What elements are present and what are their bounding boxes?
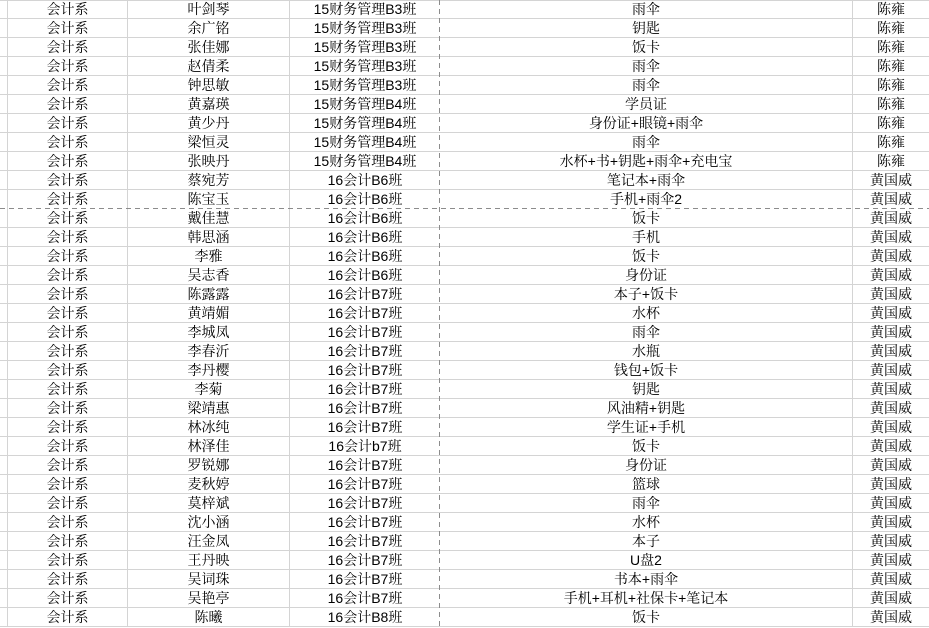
cell-class[interactable]: 16会计B7班	[290, 304, 440, 323]
cell-student-name[interactable]: 林冰纯	[128, 418, 290, 437]
cell-handler[interactable]: 黄国威	[853, 456, 929, 475]
cell-department[interactable]: 会计系	[8, 247, 128, 266]
cell-handler[interactable]: 黄国威	[853, 171, 929, 190]
table-row: 会计系 梁恒灵 15财务管理B4班 雨伞 陈雍	[0, 133, 929, 152]
cell-student-name[interactable]: 李城凤	[128, 323, 290, 342]
cell-department[interactable]: 会计系	[8, 304, 128, 323]
cell-student-name[interactable]: 叶剑琴	[128, 0, 290, 19]
cell-edge[interactable]	[0, 19, 8, 38]
cell-department[interactable]: 会计系	[8, 342, 128, 361]
cell-student-name[interactable]: 韩思涵	[128, 228, 290, 247]
cell-handler[interactable]: 黄国威	[853, 304, 929, 323]
cell-handler[interactable]: 黄国威	[853, 247, 929, 266]
cell-department[interactable]: 会计系	[8, 0, 128, 19]
cell-handler[interactable]: 陈雍	[853, 19, 929, 38]
cell-department[interactable]: 会计系	[8, 380, 128, 399]
cell-student-name[interactable]: 蔡宛芳	[128, 171, 290, 190]
cell-department[interactable]: 会计系	[8, 456, 128, 475]
cell-class[interactable]: 15财务管理B3班	[290, 38, 440, 57]
cell-department[interactable]: 会计系	[8, 513, 128, 532]
cell-items[interactable]: 雨伞	[440, 0, 853, 19]
cell-student-name[interactable]: 张映丹	[128, 152, 290, 171]
cell-edge[interactable]	[0, 551, 8, 570]
cell-edge[interactable]	[0, 171, 8, 190]
cell-department[interactable]: 会计系	[8, 437, 128, 456]
cell-handler[interactable]: 陈雍	[853, 95, 929, 114]
cell-class[interactable]: 16会计B6班	[290, 171, 440, 190]
table-row: 会计系 梁靖惠 16会计B7班 风油精+钥匙 黄国威	[0, 399, 929, 418]
cell-class[interactable]: 16会计B6班	[290, 190, 440, 209]
cell-edge[interactable]	[0, 570, 8, 589]
cell-department[interactable]: 会计系	[8, 114, 128, 133]
cell-student-name[interactable]: 沈小涵	[128, 513, 290, 532]
cell-items[interactable]: 雨伞	[440, 57, 853, 76]
cell-department[interactable]: 会计系	[8, 399, 128, 418]
table-row: 会计系 吴志香 16会计B6班 身份证 黄国威	[0, 266, 929, 285]
cell-handler[interactable]: 黄国威	[853, 494, 929, 513]
cell-student-name[interactable]: 王丹映	[128, 551, 290, 570]
cell-edge[interactable]	[0, 304, 8, 323]
cell-edge[interactable]	[0, 114, 8, 133]
cell-class[interactable]: 15财务管理B3班	[290, 76, 440, 95]
cell-class[interactable]: 16会计B7班	[290, 570, 440, 589]
cell-items[interactable]: 水杯+书+钥匙+雨伞+充电宝	[440, 152, 853, 171]
cell-class[interactable]: 16会计B7班	[290, 494, 440, 513]
cell-handler[interactable]: 陈雍	[853, 76, 929, 95]
table-row: 会计系 黄嘉瑛 15财务管理B4班 学员证 陈雍	[0, 95, 929, 114]
cell-student-name[interactable]: 陈宝玉	[128, 190, 290, 209]
cell-class[interactable]: 16会计B7班	[290, 399, 440, 418]
cell-items[interactable]: 篮球	[440, 475, 853, 494]
cell-edge[interactable]	[0, 152, 8, 171]
cell-student-name[interactable]: 麦秋婷	[128, 475, 290, 494]
cell-edge[interactable]	[0, 209, 8, 228]
cell-items[interactable]: 学生证+手机	[440, 418, 853, 437]
cell-class[interactable]: 16会计B7班	[290, 285, 440, 304]
table-row: 会计系 罗锐娜 16会计B7班 身份证 黄国威	[0, 456, 929, 475]
table-row: 会计系 李丹樱 16会计B7班 钱包+饭卡 黄国威	[0, 361, 929, 380]
cell-class[interactable]: 16会计B6班	[290, 247, 440, 266]
cell-department[interactable]: 会计系	[8, 266, 128, 285]
cell-class[interactable]: 16会计B7班	[290, 475, 440, 494]
cell-department[interactable]: 会计系	[8, 285, 128, 304]
cell-class[interactable]: 16会计B7班	[290, 380, 440, 399]
cell-items[interactable]: 钱包+饭卡	[440, 361, 853, 380]
cell-handler[interactable]: 黄国威	[853, 437, 929, 456]
cell-handler[interactable]: 黄国威	[853, 285, 929, 304]
table-row: 会计系 麦秋婷 16会计B7班 篮球 黄国威	[0, 475, 929, 494]
cell-handler[interactable]: 黄国威	[853, 380, 929, 399]
cell-department[interactable]: 会计系	[8, 475, 128, 494]
cell-edge[interactable]	[0, 418, 8, 437]
cell-items[interactable]: 雨伞	[440, 323, 853, 342]
cell-class[interactable]: 15财务管理B4班	[290, 152, 440, 171]
cell-handler[interactable]: 黄国威	[853, 323, 929, 342]
cell-items[interactable]: 雨伞	[440, 133, 853, 152]
cell-handler[interactable]: 陈雍	[853, 57, 929, 76]
cell-student-name[interactable]: 赵倩柔	[128, 57, 290, 76]
cell-edge[interactable]	[0, 399, 8, 418]
cell-handler[interactable]: 陈雍	[853, 38, 929, 57]
table-row: 会计系 陈宝玉 16会计B6班 手机+雨伞2 黄国威	[0, 190, 929, 209]
cell-items[interactable]: 水杯	[440, 513, 853, 532]
cell-edge[interactable]	[0, 513, 8, 532]
cell-edge[interactable]	[0, 285, 8, 304]
table-row: 会计系 李菊 16会计B7班 钥匙 黄国威	[0, 380, 929, 399]
table-row: 会计系 李春沂 16会计B7班 水瓶 黄国威	[0, 342, 929, 361]
cell-edge[interactable]	[0, 95, 8, 114]
cell-handler[interactable]: 黄国威	[853, 532, 929, 551]
cell-handler[interactable]: 黄国威	[853, 513, 929, 532]
table-row: 会计系 余广铭 15财务管理B3班 钥匙 陈雍	[0, 19, 929, 38]
cell-department[interactable]: 会计系	[8, 589, 128, 608]
cell-class[interactable]: 16会计B6班	[290, 266, 440, 285]
table-row: 会计系 陈露露 16会计B7班 本子+饭卡 黄国威	[0, 285, 929, 304]
cell-department[interactable]: 会计系	[8, 608, 128, 627]
cell-items[interactable]: 风油精+钥匙	[440, 399, 853, 418]
cell-items[interactable]: 饭卡	[440, 209, 853, 228]
cell-edge[interactable]	[0, 38, 8, 57]
grid-top-border	[0, 0, 929, 1]
table-row: 会计系 蔡宛芳 16会计B6班 笔记本+雨伞 黄国威	[0, 171, 929, 190]
cell-handler[interactable]: 陈雍	[853, 152, 929, 171]
cell-department[interactable]: 会计系	[8, 190, 128, 209]
table-row: 会计系 吴词珠 16会计B7班 书本+雨伞 黄国威	[0, 570, 929, 589]
cell-items[interactable]: 水杯	[440, 304, 853, 323]
cell-edge[interactable]	[0, 76, 8, 95]
table-row: 会计系 李城凤 16会计B7班 雨伞 黄国威	[0, 323, 929, 342]
cell-class[interactable]: 16会计B7班	[290, 418, 440, 437]
cell-student-name[interactable]: 梁恒灵	[128, 133, 290, 152]
cell-edge[interactable]	[0, 456, 8, 475]
cell-edge[interactable]	[0, 608, 8, 627]
cell-student-name[interactable]: 黄少丹	[128, 114, 290, 133]
cell-student-name[interactable]: 余广铭	[128, 19, 290, 38]
cell-student-name[interactable]: 梁靖惠	[128, 399, 290, 418]
cell-department[interactable]: 会计系	[8, 570, 128, 589]
cell-handler[interactable]: 陈雍	[853, 133, 929, 152]
cell-handler[interactable]: 黄国威	[853, 190, 929, 209]
spreadsheet-grid: 会计系 叶剑琴 15财务管理B3班 雨伞 陈雍 会计系 余广铭 15财务管理B3…	[0, 0, 929, 628]
cell-student-name[interactable]: 陈露露	[128, 285, 290, 304]
cell-department[interactable]: 会计系	[8, 228, 128, 247]
cell-items[interactable]: 钥匙	[440, 380, 853, 399]
table-row: 会计系 王丹映 16会计B7班 U盘2 黄国威	[0, 551, 929, 570]
cell-department[interactable]: 会计系	[8, 551, 128, 570]
cell-department[interactable]: 会计系	[8, 418, 128, 437]
cell-department[interactable]: 会计系	[8, 95, 128, 114]
cell-student-name[interactable]: 汪金凤	[128, 532, 290, 551]
table-row: 会计系 韩思涵 16会计B6班 手机 黄国威	[0, 228, 929, 247]
cell-class[interactable]: 16会计B7班	[290, 323, 440, 342]
cell-edge[interactable]	[0, 475, 8, 494]
cell-class[interactable]: 15财务管理B4班	[290, 133, 440, 152]
cell-items[interactable]: 书本+雨伞	[440, 570, 853, 589]
page-break-horizontal-line	[0, 208, 929, 209]
page-break-vertical-line	[439, 0, 440, 628]
cell-handler[interactable]: 黄国威	[853, 266, 929, 285]
cell-items[interactable]: 学员证	[440, 95, 853, 114]
cell-items[interactable]: 本子	[440, 532, 853, 551]
cell-edge[interactable]	[0, 532, 8, 551]
cell-edge[interactable]	[0, 494, 8, 513]
cell-edge[interactable]	[0, 190, 8, 209]
cell-student-name[interactable]: 钟思敏	[128, 76, 290, 95]
cell-student-name[interactable]: 莫梓斌	[128, 494, 290, 513]
cell-department[interactable]: 会计系	[8, 57, 128, 76]
cell-class[interactable]: 16会计b7班	[290, 437, 440, 456]
cell-handler[interactable]: 黄国威	[853, 475, 929, 494]
cell-items[interactable]: 手机	[440, 228, 853, 247]
cell-handler[interactable]: 陈雍	[853, 0, 929, 19]
cell-class[interactable]: 15财务管理B4班	[290, 114, 440, 133]
table-row: 会计系 赵倩柔 15财务管理B3班 雨伞 陈雍	[0, 57, 929, 76]
cell-items[interactable]: 水瓶	[440, 342, 853, 361]
cell-class[interactable]: 15财务管理B3班	[290, 19, 440, 38]
cell-student-name[interactable]: 林泽佳	[128, 437, 290, 456]
cell-department[interactable]: 会计系	[8, 152, 128, 171]
table-row: 会计系 李雅 16会计B6班 饭卡 黄国威	[0, 247, 929, 266]
cell-edge[interactable]	[0, 266, 8, 285]
cell-edge[interactable]	[0, 361, 8, 380]
table-row: 会计系 沈小涵 16会计B7班 水杯 黄国威	[0, 513, 929, 532]
cell-items[interactable]: 饭卡	[440, 608, 853, 627]
cell-items[interactable]: 饭卡	[440, 437, 853, 456]
rows-container: 会计系 叶剑琴 15财务管理B3班 雨伞 陈雍 会计系 余广铭 15财务管理B3…	[0, 0, 929, 627]
cell-edge[interactable]	[0, 380, 8, 399]
cell-edge[interactable]	[0, 437, 8, 456]
cell-student-name[interactable]: 吴词珠	[128, 570, 290, 589]
cell-class[interactable]: 16会计B7班	[290, 532, 440, 551]
cell-class[interactable]: 16会计B7班	[290, 456, 440, 475]
cell-student-name[interactable]: 罗锐娜	[128, 456, 290, 475]
cell-items[interactable]: 雨伞	[440, 494, 853, 513]
cell-edge[interactable]	[0, 342, 8, 361]
cell-handler[interactable]: 黄国威	[853, 342, 929, 361]
cell-items[interactable]: 身份证	[440, 456, 853, 475]
cell-department[interactable]: 会计系	[8, 209, 128, 228]
cell-edge[interactable]	[0, 323, 8, 342]
cell-class[interactable]: 15财务管理B4班	[290, 95, 440, 114]
cell-student-name[interactable]: 李丹樱	[128, 361, 290, 380]
cell-student-name[interactable]: 陈曦	[128, 608, 290, 627]
table-row: 会计系 黄靖媚 16会计B7班 水杯 黄国威	[0, 304, 929, 323]
cell-department[interactable]: 会计系	[8, 171, 128, 190]
cell-handler[interactable]: 黄国威	[853, 361, 929, 380]
cell-department[interactable]: 会计系	[8, 19, 128, 38]
cell-handler[interactable]: 陈雍	[853, 114, 929, 133]
cell-items[interactable]: 笔记本+雨伞	[440, 171, 853, 190]
cell-department[interactable]: 会计系	[8, 38, 128, 57]
cell-edge[interactable]	[0, 228, 8, 247]
cell-items[interactable]: 手机+耳机+社保卡+笔记本	[440, 589, 853, 608]
cell-student-name[interactable]: 吴志香	[128, 266, 290, 285]
cell-student-name[interactable]: 张佳娜	[128, 38, 290, 57]
cell-class[interactable]: 16会计B7班	[290, 513, 440, 532]
cell-class[interactable]: 15财务管理B3班	[290, 0, 440, 19]
table-row: 会计系 黄少丹 15财务管理B4班 身份证+眼镜+雨伞 陈雍	[0, 114, 929, 133]
table-row: 会计系 戴佳慧 16会计B6班 饭卡 黄国威	[0, 209, 929, 228]
table-row: 会计系 叶剑琴 15财务管理B3班 雨伞 陈雍	[0, 0, 929, 19]
cell-student-name[interactable]: 黄嘉瑛	[128, 95, 290, 114]
cell-department[interactable]: 会计系	[8, 76, 128, 95]
cell-class[interactable]: 16会计B7班	[290, 551, 440, 570]
cell-edge[interactable]	[0, 589, 8, 608]
cell-class[interactable]: 16会计B7班	[290, 589, 440, 608]
table-row: 会计系 陈曦 16会计B8班 饭卡 黄国威	[0, 608, 929, 627]
cell-handler[interactable]: 黄国威	[853, 570, 929, 589]
cell-handler[interactable]: 黄国威	[853, 551, 929, 570]
cell-department[interactable]: 会计系	[8, 532, 128, 551]
cell-items[interactable]: 手机+雨伞2	[440, 190, 853, 209]
cell-handler[interactable]: 黄国威	[853, 418, 929, 437]
table-row: 会计系 莫梓斌 16会计B7班 雨伞 黄国威	[0, 494, 929, 513]
cell-handler[interactable]: 黄国威	[853, 608, 929, 627]
cell-department[interactable]: 会计系	[8, 494, 128, 513]
cell-handler[interactable]: 黄国威	[853, 228, 929, 247]
cell-items[interactable]: 身份证	[440, 266, 853, 285]
cell-handler[interactable]: 黄国威	[853, 589, 929, 608]
cell-student-name[interactable]: 吴艳亭	[128, 589, 290, 608]
cell-student-name[interactable]: 黄靖媚	[128, 304, 290, 323]
table-row: 会计系 钟思敏 15财务管理B3班 雨伞 陈雍	[0, 76, 929, 95]
cell-department[interactable]: 会计系	[8, 323, 128, 342]
cell-items[interactable]: 饭卡	[440, 247, 853, 266]
cell-class[interactable]: 16会计B8班	[290, 608, 440, 627]
table-row: 会计系 张佳娜 15财务管理B3班 饭卡 陈雍	[0, 38, 929, 57]
cell-items[interactable]: 钥匙	[440, 19, 853, 38]
cell-class[interactable]: 16会计B6班	[290, 209, 440, 228]
table-row: 会计系 林冰纯 16会计B7班 学生证+手机 黄国威	[0, 418, 929, 437]
cell-class[interactable]: 16会计B7班	[290, 342, 440, 361]
table-row: 会计系 林泽佳 16会计b7班 饭卡 黄国威	[0, 437, 929, 456]
cell-student-name[interactable]: 李春沂	[128, 342, 290, 361]
cell-class[interactable]: 16会计B7班	[290, 361, 440, 380]
cell-handler[interactable]: 黄国威	[853, 399, 929, 418]
cell-student-name[interactable]: 李菊	[128, 380, 290, 399]
cell-items[interactable]: 本子+饭卡	[440, 285, 853, 304]
table-row: 会计系 吴艳亭 16会计B7班 手机+耳机+社保卡+笔记本 黄国威	[0, 589, 929, 608]
cell-handler[interactable]: 黄国威	[853, 209, 929, 228]
cell-items[interactable]: 饭卡	[440, 38, 853, 57]
cell-edge[interactable]	[0, 57, 8, 76]
table-row: 会计系 汪金凤 16会计B7班 本子 黄国威	[0, 532, 929, 551]
cell-edge[interactable]	[0, 133, 8, 152]
cell-class[interactable]: 16会计B6班	[290, 228, 440, 247]
table-row: 会计系 张映丹 15财务管理B4班 水杯+书+钥匙+雨伞+充电宝 陈雍	[0, 152, 929, 171]
cell-department[interactable]: 会计系	[8, 361, 128, 380]
cell-items[interactable]: 身份证+眼镜+雨伞	[440, 114, 853, 133]
cell-department[interactable]: 会计系	[8, 133, 128, 152]
cell-edge[interactable]	[0, 247, 8, 266]
cell-student-name[interactable]: 李雅	[128, 247, 290, 266]
cell-items[interactable]: U盘2	[440, 551, 853, 570]
cell-student-name[interactable]: 戴佳慧	[128, 209, 290, 228]
cell-class[interactable]: 15财务管理B3班	[290, 57, 440, 76]
cell-edge[interactable]	[0, 0, 8, 19]
cell-items[interactable]: 雨伞	[440, 76, 853, 95]
